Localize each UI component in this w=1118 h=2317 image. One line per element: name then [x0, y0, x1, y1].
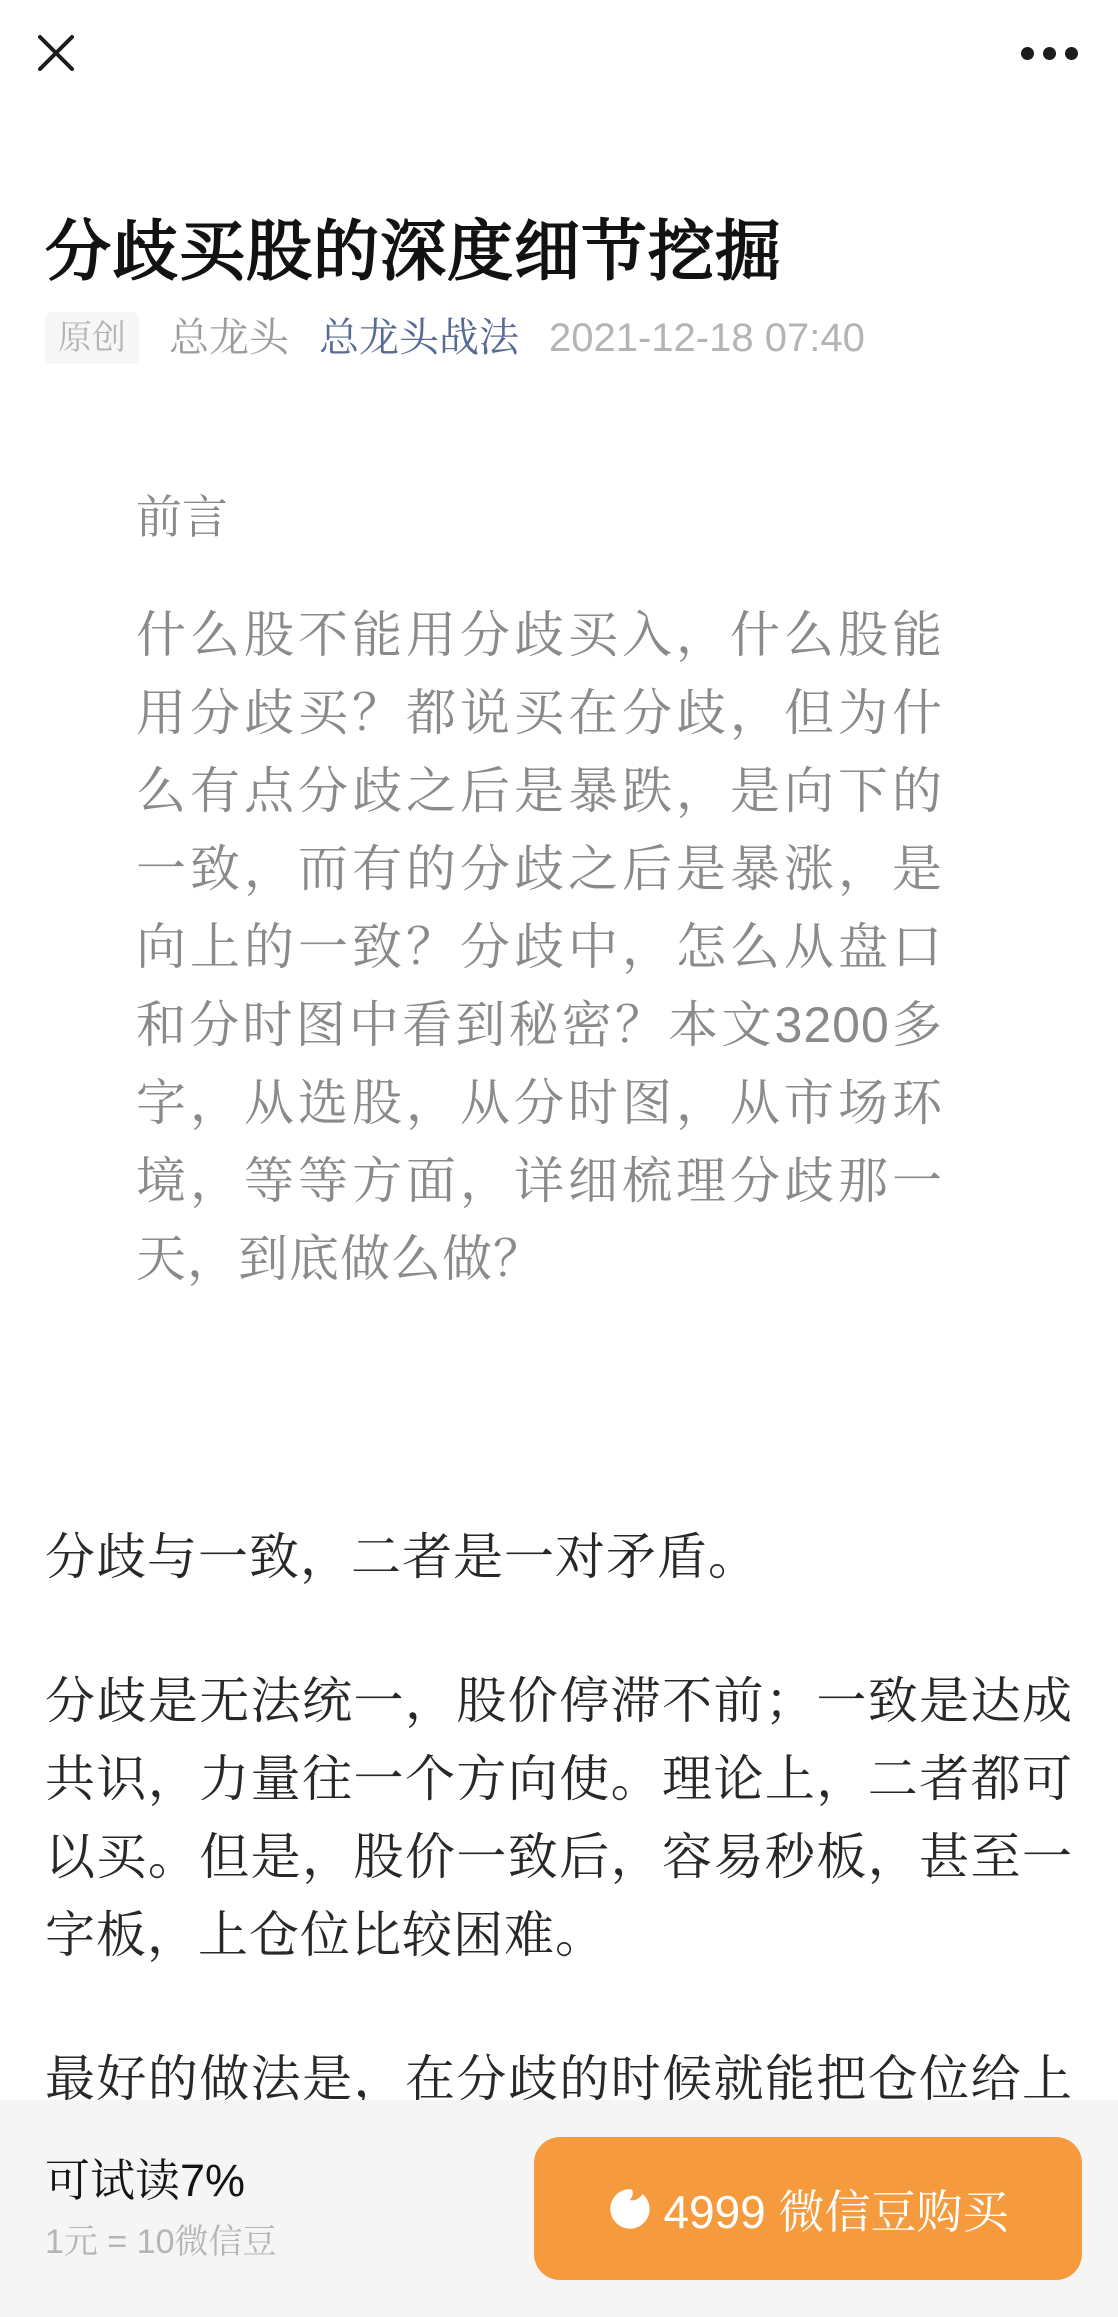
preface-heading: 前言	[136, 486, 943, 548]
author-name: 总龙头	[169, 310, 289, 366]
preface-section: 前言 什么股不能用分歧买入，什么股能用分歧买？都说买在分歧，但为什么有点分歧之后…	[136, 486, 943, 1298]
paragraph: 分歧与一致，二者是一对矛盾。	[45, 1518, 1073, 1596]
original-badge: 原创	[45, 312, 139, 364]
x-close-icon	[33, 30, 79, 76]
buy-button-label: 4999 微信豆购买	[663, 2176, 1008, 2242]
article-title: 分歧买股的深度细节挖掘	[45, 204, 1073, 298]
article-meta-row: 原创 总龙头 总龙头战法 2021-12-18 07:40	[45, 310, 1073, 366]
exchange-rate-text: 1元 = 10微信豆	[45, 2221, 276, 2263]
paragraph: 分歧是无法统一，股价停滞不前；一致是达成共识，力量往一个方向使。理论上，二者都可…	[45, 1662, 1073, 1974]
ellipsis-more-icon	[1021, 30, 1078, 76]
top-bar	[0, 0, 1118, 100]
account-link[interactable]: 总龙头战法	[319, 310, 519, 366]
article-body: 分歧买股的深度细节挖掘 原创 总龙头 总龙头战法 2021-12-18 07:4…	[0, 204, 1118, 2196]
paywall-bar: 可试读7% 1元 = 10微信豆 4999 微信豆购买	[0, 2100, 1118, 2317]
paywall-info: 可试读7% 1元 = 10微信豆	[45, 2155, 276, 2263]
wechat-bean-icon	[607, 2186, 653, 2232]
close-button[interactable]	[33, 30, 79, 76]
preface-text: 什么股不能用分歧买入，什么股能用分歧买？都说买在分歧，但为什么有点分歧之后是暴跌…	[136, 596, 943, 1298]
wechat-article-page: 分歧买股的深度细节挖掘 原创 总龙头 总龙头战法 2021-12-18 07:4…	[0, 0, 1118, 2317]
buy-button[interactable]: 4999 微信豆购买	[534, 2137, 1082, 2280]
more-menu-button[interactable]	[1021, 30, 1078, 76]
trial-percentage-text: 可试读7%	[45, 2155, 276, 2207]
publish-date: 2021-12-18 07:40	[549, 310, 865, 366]
